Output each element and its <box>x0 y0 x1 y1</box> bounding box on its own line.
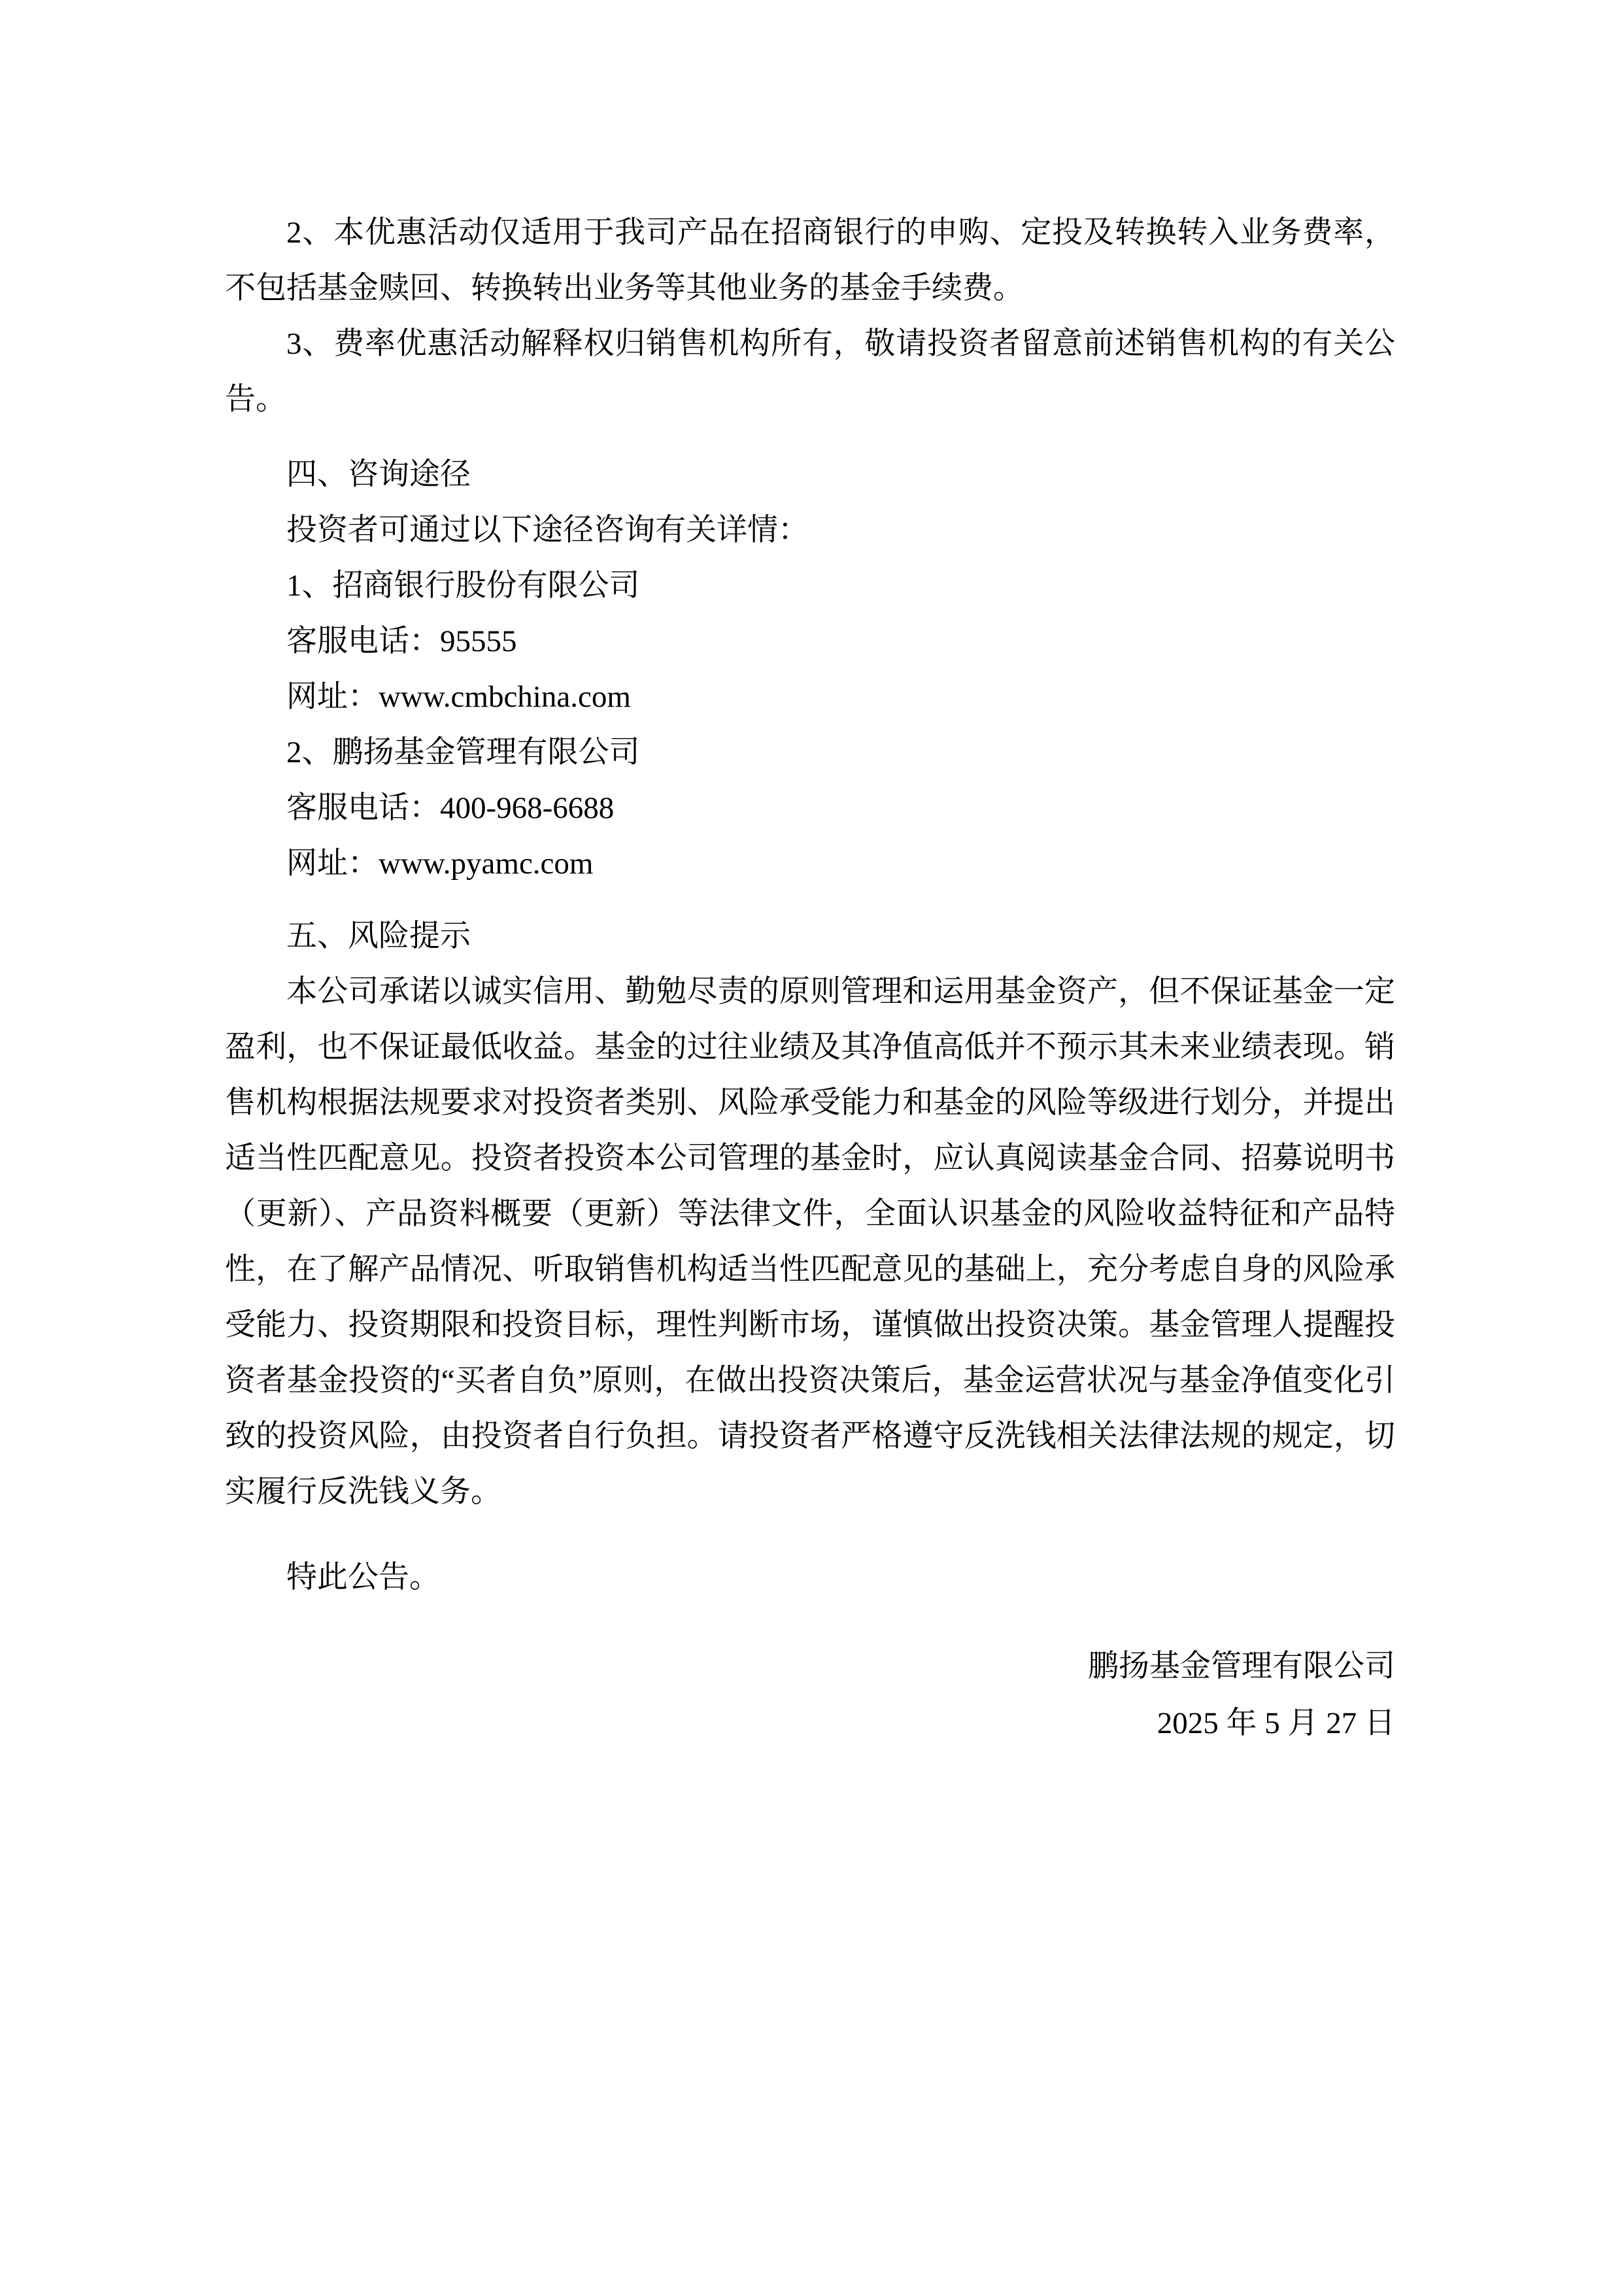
signature-block: 鹏扬基金管理有限公司 2025 年 5 月 27 日 <box>225 1638 1395 1752</box>
section-4-heading: 四、咨询途径 <box>225 447 1395 503</box>
signature-date: 2025 年 5 月 27 日 <box>225 1695 1395 1752</box>
section-5-heading: 五、风险提示 <box>225 909 1395 964</box>
notice-item-2: 2、本优惠活动仅适用于我司产品在招商银行的申购、定投及转换转入业务费率，不包括基… <box>225 205 1395 316</box>
channel-2-website: 网址：www.pyamc.com <box>225 836 1395 892</box>
signature-company: 鹏扬基金管理有限公司 <box>225 1638 1395 1695</box>
closing-statement: 特此公告。 <box>225 1550 1395 1606</box>
channel-1-website: 网址：www.cmbchina.com <box>225 669 1395 725</box>
section-4-intro: 投资者可通过以下途径咨询有关详情： <box>225 503 1395 558</box>
risk-disclosure-paragraph: 本公司承诺以诚实信用、勤勉尽责的原则管理和运用基金资产，但不保证基金一定盈利，也… <box>225 964 1395 1520</box>
announcement-body: 2、本优惠活动仅适用于我司产品在招商银行的申购、定投及转换转入业务费率，不包括基… <box>225 205 1395 1752</box>
announcement-page: 2、本优惠活动仅适用于我司产品在招商银行的申购、定投及转换转入业务费率，不包括基… <box>0 0 1624 2294</box>
channel-2-name: 2、鹏扬基金管理有限公司 <box>225 725 1395 781</box>
channel-2-phone: 客服电话：400-968-6688 <box>225 781 1395 836</box>
channel-1-phone: 客服电话：95555 <box>225 614 1395 669</box>
notice-item-3: 3、费率优惠活动解释权归销售机构所有，敬请投资者留意前述销售机构的有关公告。 <box>225 316 1395 428</box>
channel-1-name: 1、招商银行股份有限公司 <box>225 558 1395 614</box>
